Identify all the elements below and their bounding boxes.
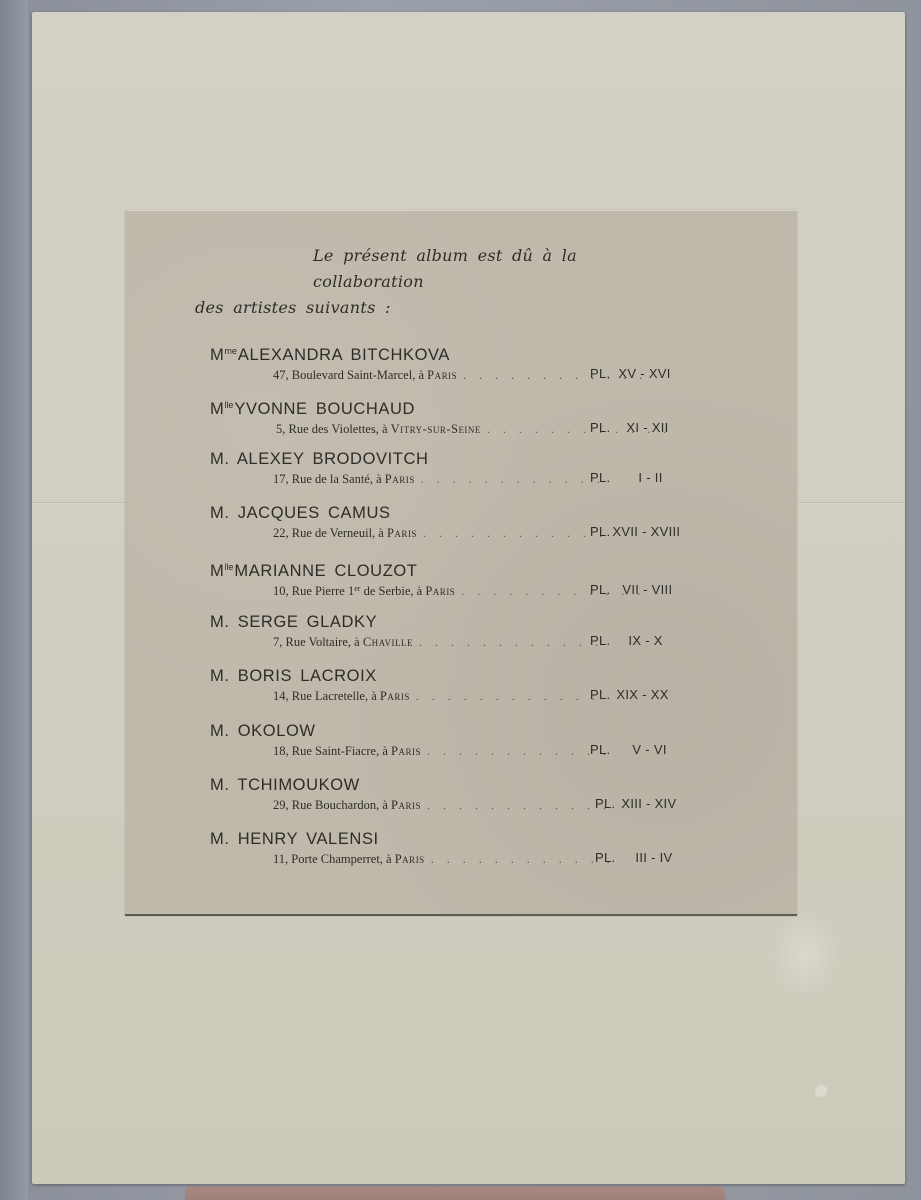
plate-numbers: I - II — [638, 470, 662, 485]
artist-title: M — [210, 562, 224, 580]
intro-text: Le présent album est dû à la collaborati… — [195, 243, 695, 321]
address-street: 29, Rue Bouchardon, à — [273, 798, 388, 812]
intro-line-1: Le présent album est dû à la collaborati… — [195, 243, 695, 295]
board-stain — [770, 910, 840, 1000]
artist-name: MlleMARIANNE CLOUZOT — [210, 557, 700, 581]
artist-name-text: TCHIMOUKOW — [237, 776, 359, 794]
leader-dots: . . . . . . . . . . . . — [421, 472, 605, 486]
artist-title: M — [210, 346, 224, 364]
artist-name-text: MARIANNE CLOUZOT — [234, 562, 417, 580]
plate-label: PL. — [590, 742, 610, 757]
artist-address: 18, Rue Saint-Fiacre, à Paris. . . . . .… — [273, 744, 611, 759]
plate-label: PL. — [590, 420, 610, 435]
plate-label: PL. — [590, 582, 610, 597]
artist-name: M. OKOLOW — [210, 721, 700, 741]
brick-surface — [185, 1186, 725, 1200]
address-city: Paris — [391, 744, 421, 758]
artist-address: 17, Rue de la Santé, à Paris. . . . . . … — [273, 472, 605, 487]
address-city: Paris — [380, 689, 410, 703]
address-city: Paris — [427, 368, 457, 382]
plate-reference: PL.XV - XVI — [590, 366, 671, 381]
board-spot — [815, 1085, 827, 1097]
artist-name-text: BORIS LACROIX — [238, 667, 377, 685]
artist-name-text: JACQUES CAMUS — [238, 504, 391, 522]
leader-dots: . . . . . . . . . . . . — [427, 744, 611, 758]
address-street: de Serbie, à — [360, 584, 422, 598]
artist-address: 11, Porte Champerret, à Paris. . . . . .… — [273, 852, 615, 867]
plate-reference: PL.XI - XII — [590, 420, 669, 435]
plate-numbers: XV - XVI — [618, 366, 670, 381]
plate-reference: PL.I - II — [590, 470, 663, 485]
artist-name-text: SERGE GLADKY — [238, 613, 378, 631]
plate-label: PL. — [590, 470, 610, 485]
plate-reference: PL.VII - VIII — [590, 582, 672, 597]
plate-numbers: III - IV — [635, 850, 672, 865]
artist-name: M. HENRY VALENSI — [210, 829, 700, 849]
plate-reference: PL.III - IV — [595, 850, 673, 865]
plate-label: PL. — [590, 633, 610, 648]
artist-entry: M. ALEXEY BRODOVITCH 17, Rue de la Santé… — [210, 449, 700, 490]
intro-line-2: des artistes suivants : — [195, 295, 695, 321]
address-street: 22, Rue de Verneuil, à — [273, 526, 384, 540]
address-city: Paris — [385, 472, 415, 486]
artist-address: 14, Rue Lacretelle, à Paris. . . . . . .… — [273, 689, 600, 704]
artist-title-sup: lle — [224, 562, 233, 572]
address-street: 47, Boulevard Saint-Marcel, à — [273, 368, 424, 382]
artist-entry: M. JACQUES CAMUS 22, Rue de Verneuil, à … — [210, 503, 700, 544]
artist-name-text: ALEXEY BRODOVITCH — [237, 450, 429, 468]
plate-reference: PL.XVII - XVIII — [590, 524, 680, 539]
artist-name-text: YVONNE BOUCHAUD — [234, 400, 415, 418]
artist-name-text: HENRY VALENSI — [238, 830, 379, 848]
plate-numbers: XIX - XX — [616, 687, 668, 702]
artist-title: M. — [210, 504, 230, 522]
artist-title: M — [210, 400, 224, 418]
artist-entry: MlleYVONNE BOUCHAUD 5, Rue des Violettes… — [210, 395, 700, 440]
artist-title: M. — [210, 667, 230, 685]
plate-reference: PL.IX - X — [590, 633, 663, 648]
backdrop — [0, 0, 28, 1200]
plate-label: PL. — [590, 366, 610, 381]
plate-reference: PL.XIII - XIV — [595, 796, 676, 811]
address-city: Paris — [391, 798, 421, 812]
artist-title: M. — [210, 830, 230, 848]
artist-entry: MlleMARIANNE CLOUZOT 10, Rue Pierre 1er … — [210, 557, 700, 602]
artist-entry: M. TCHIMOUKOW 29, Rue Bouchardon, à Pari… — [210, 775, 700, 816]
artist-name: M. BORIS LACROIX — [210, 666, 700, 686]
plate-numbers: XI - XII — [626, 420, 668, 435]
leader-dots: . . . . . . . . . . . . — [423, 526, 607, 540]
plate-numbers: VII - VIII — [622, 582, 672, 597]
plate-label: PL. — [595, 796, 615, 811]
artist-entry: M. BORIS LACROIX 14, Rue Lacretelle, à P… — [210, 666, 700, 707]
artist-title: M. — [210, 722, 230, 740]
artist-title-sup: me — [224, 346, 237, 356]
artist-title: M. — [210, 450, 230, 468]
artist-name-text: ALEXANDRA BITCHKOVA — [238, 346, 450, 364]
plate-numbers: V - VI — [632, 742, 666, 757]
artist-name: MmeALEXANDRA BITCHKOVA — [210, 341, 700, 365]
artist-title: M. — [210, 613, 230, 631]
plate-label: PL. — [595, 850, 615, 865]
artist-title: M. — [210, 776, 230, 794]
leader-dots: . . . . . . . . . . . . — [416, 689, 600, 703]
address-city: Paris — [395, 852, 425, 866]
artist-address: 29, Rue Bouchardon, à Paris. . . . . . .… — [273, 798, 611, 813]
address-city: Paris — [425, 584, 455, 598]
artist-address: 22, Rue de Verneuil, à Paris. . . . . . … — [273, 526, 607, 541]
artist-entry: M. SERGE GLADKY 7, Rue Voltaire, à Chavi… — [210, 612, 700, 653]
artist-name: MlleYVONNE BOUCHAUD — [210, 395, 700, 419]
address-street: 11, Porte Champerret, à — [273, 852, 392, 866]
artist-entry: MmeALEXANDRA BITCHKOVA 47, Boulevard Sai… — [210, 341, 700, 386]
leader-dots: . . . . . . . . . . . . — [427, 798, 611, 812]
artist-title-sup: lle — [224, 400, 233, 410]
plate-numbers: XVII - XVIII — [612, 524, 680, 539]
address-city: Paris — [387, 526, 417, 540]
address-city: Vitry-sur-Seine — [391, 422, 481, 436]
artist-name-text: OKOLOW — [238, 722, 316, 740]
artist-entry: M. HENRY VALENSI 11, Porte Champerret, à… — [210, 829, 700, 870]
artist-name: M. ALEXEY BRODOVITCH — [210, 449, 700, 469]
address-street: 17, Rue de la Santé, à — [273, 472, 382, 486]
address-street: 7, Rue Voltaire, à — [273, 635, 360, 649]
artist-name: M. SERGE GLADKY — [210, 612, 700, 632]
address-street: 14, Rue Lacretelle, à — [273, 689, 377, 703]
address-street-pre: 10, Rue Pierre 1 — [273, 584, 354, 598]
plate-numbers: IX - X — [628, 633, 662, 648]
artist-address: 7, Rue Voltaire, à Chaville. . . . . . .… — [273, 635, 603, 650]
plate-label: PL. — [590, 687, 610, 702]
artist-entry: M. OKOLOW 18, Rue Saint-Fiacre, à Paris.… — [210, 721, 700, 762]
leader-dots: . . . . . . . . . . . . — [431, 852, 615, 866]
plate-reference: PL.V - VI — [590, 742, 667, 757]
address-street: 5, Rue des Violettes, à — [276, 422, 388, 436]
address-street: 18, Rue Saint-Fiacre, à — [273, 744, 388, 758]
leader-dots: . . . . . . . . . . . . — [419, 635, 603, 649]
plate-numbers: XIII - XIV — [621, 796, 676, 811]
plate-reference: PL.XIX - XX — [590, 687, 669, 702]
plate-label: PL. — [590, 524, 610, 539]
address-city: Chaville — [363, 635, 413, 649]
artist-name: M. TCHIMOUKOW — [210, 775, 700, 795]
artist-name: M. JACQUES CAMUS — [210, 503, 700, 523]
